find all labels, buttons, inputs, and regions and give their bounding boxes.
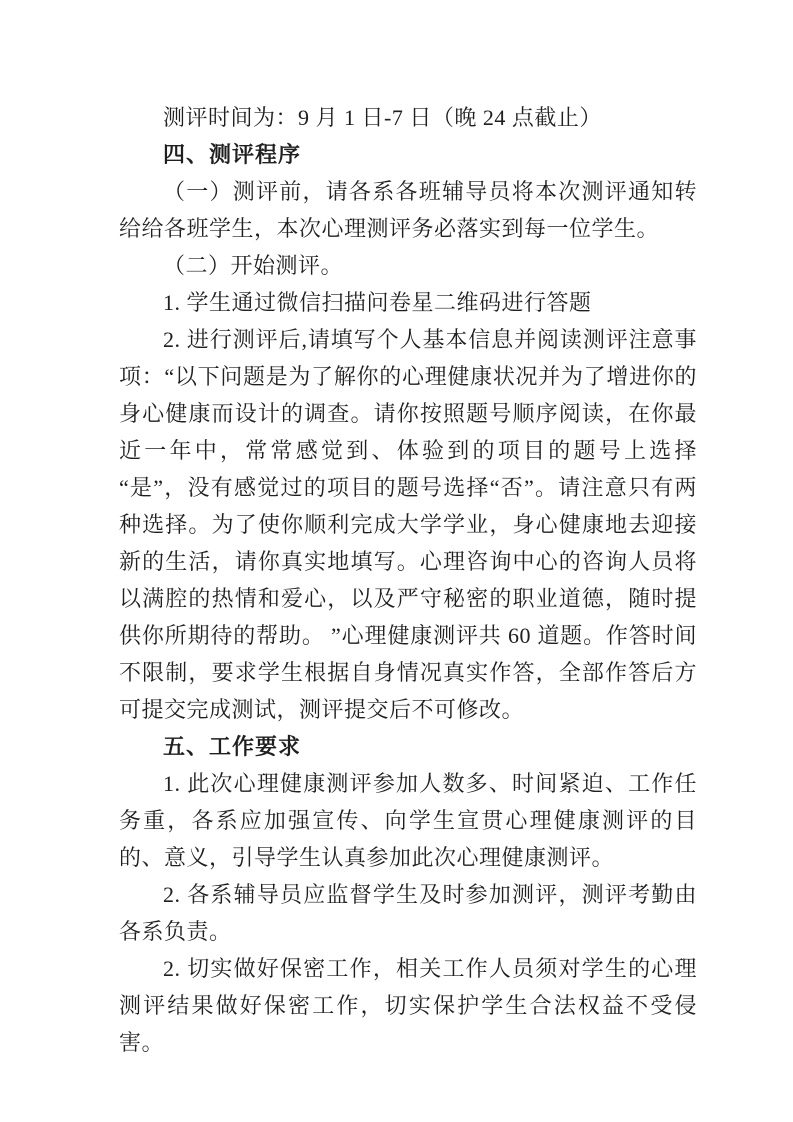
paragraph: 2. 进行测评后,请填写个人基本信息并阅读测评注意事项：“以下问题是为了解你的心… xyxy=(119,321,697,728)
section-heading: 五、工作要求 xyxy=(119,728,697,765)
document-body: 测评时间为：9 月 1 日-7 日（晚 24 点截止）四、测评程序（一）测评前，… xyxy=(119,99,697,1061)
paragraph: 测评时间为：9 月 1 日-7 日（晚 24 点截止） xyxy=(119,99,697,136)
paragraph: 2. 各系辅导员应监督学生及时参加测评，测评考勤由各系负责。 xyxy=(119,876,697,950)
document-page: 测评时间为：9 月 1 日-7 日（晚 24 点截止）四、测评程序（一）测评前，… xyxy=(0,0,793,1122)
paragraph: 1. 此次心理健康测评参加人数多、时间紧迫、工作任务重，各系应加强宣传、向学生宣… xyxy=(119,765,697,876)
section-heading: 四、测评程序 xyxy=(119,136,697,173)
paragraph: （一）测评前，请各系各班辅导员将本次测评通知转给给各班学生，本次心理测评务必落实… xyxy=(119,173,697,247)
paragraph: 2. 切实做好保密工作，相关工作人员须对学生的心理测评结果做好保密工作，切实保护… xyxy=(119,950,697,1061)
paragraph: （二）开始测评。 xyxy=(119,247,697,284)
paragraph: 1. 学生通过微信扫描问卷星二维码进行答题 xyxy=(119,284,697,321)
